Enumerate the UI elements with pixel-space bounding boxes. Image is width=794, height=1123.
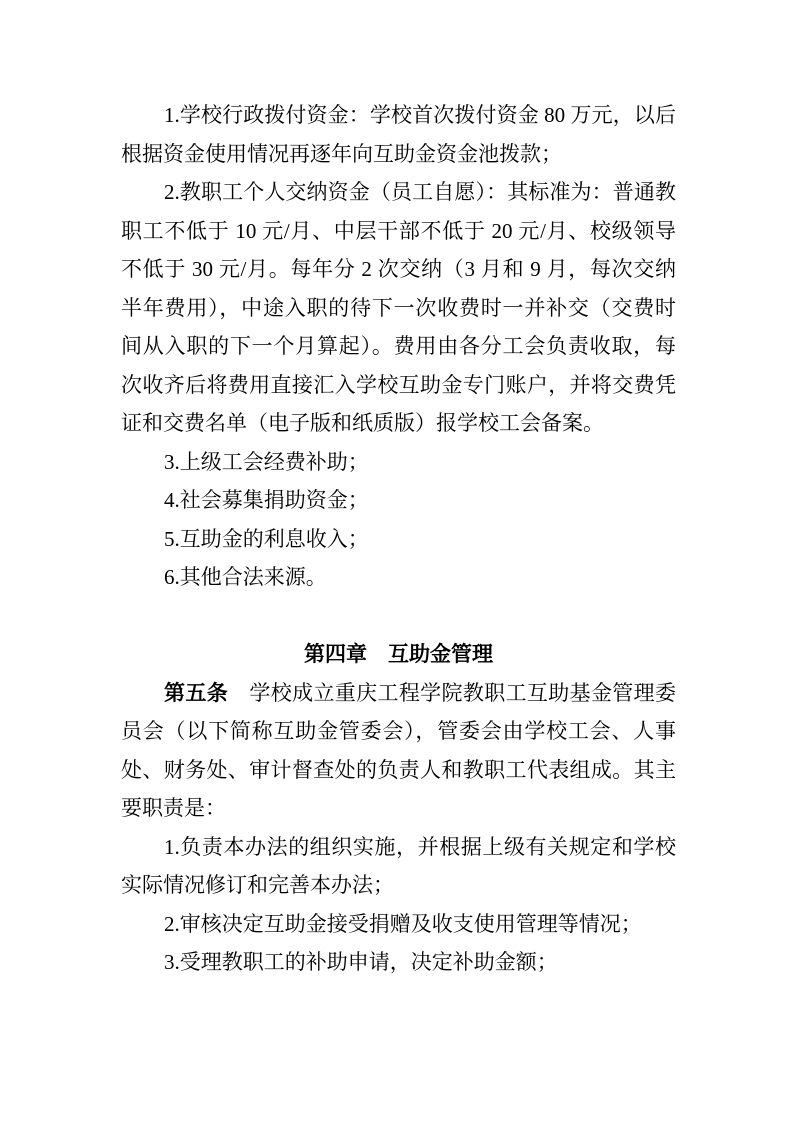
paragraph-funding-source-3: 3.上级工会经费补助；	[121, 443, 676, 482]
paragraph-funding-source-6: 6.其他合法来源。	[121, 558, 676, 597]
paragraph-funding-source-4: 4.社会募集捐助资金；	[121, 481, 676, 520]
paragraph-funding-source-1: 1.学校行政拨付资金：学校首次拨付资金 80 万元，以后根据资金使用情况再逐年向…	[121, 96, 676, 173]
paragraph-funding-source-5: 5.互助金的利息收入；	[121, 520, 676, 559]
document-page: 1.学校行政拨付资金：学校首次拨付资金 80 万元，以后根据资金使用情况再逐年向…	[0, 0, 794, 1123]
paragraph-article-five: 第五条 学校成立重庆工程学院教职工互助基金管理委员会（以下简称互助金管委会），管…	[121, 674, 676, 828]
paragraph-funding-source-2: 2.教职工个人交纳资金（员工自愿）：其标准为：普通教职工不低于 10 元/月、中…	[121, 173, 676, 443]
paragraph-duty-1: 1.负责本办法的组织实施，并根据上级有关规定和学校实际情况修订和完善本办法；	[121, 828, 676, 905]
paragraph-duty-2: 2.审核决定互助金接受捐赠及收支使用管理等情况；	[121, 905, 676, 944]
article-five-number: 第五条	[164, 681, 228, 705]
paragraph-duty-3: 3.受理教职工的补助申请，决定补助金额；	[121, 943, 676, 982]
chapter-heading: 第四章 互助金管理	[121, 635, 676, 674]
